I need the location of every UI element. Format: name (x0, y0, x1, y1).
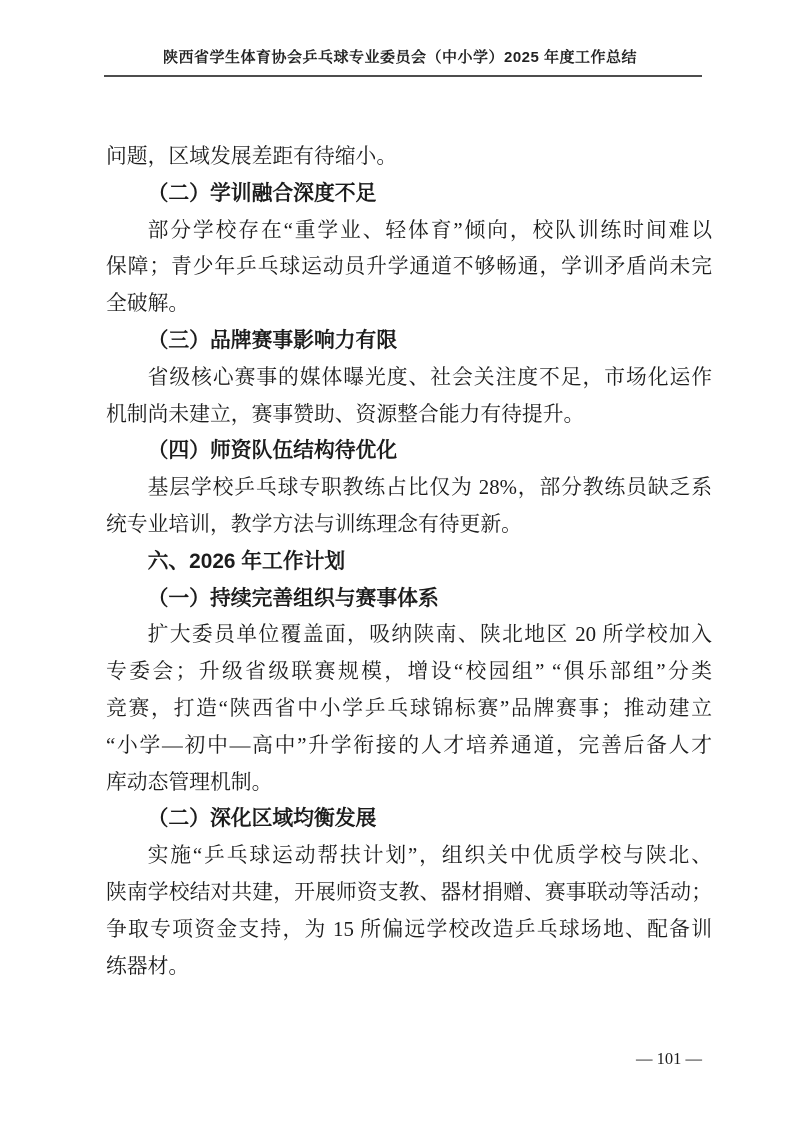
section-heading: （三）品牌赛事影响力有限 (106, 323, 712, 360)
page-footer: — 101 — (0, 1049, 702, 1069)
text-line: “小学—初中—高中”升学衔接的人才培养通道，完善后备人才 (106, 728, 712, 765)
text-line: 专委会；升级省级联赛规模，增设“校园组” “俱乐部组”分类 (106, 654, 712, 691)
text-line: 练器材。 (106, 949, 712, 986)
header-rule (104, 75, 702, 77)
text-line: 统专业培训，教学方法与训练理念有待更新。 (106, 507, 712, 544)
document-page: 陕西省学生体育协会乒乓球专业委员会（中小学）2025 年度工作总结 问题，区域发… (0, 0, 800, 1131)
text-line: 机制尚未建立，赛事赞助、资源整合能力有待提升。 (106, 397, 712, 434)
text-line: 竞赛，打造“陕西省中小学乒乓球锦标赛”品牌赛事；推动建立 (106, 691, 712, 728)
chapter-heading: 六、2026 年工作计划 (106, 544, 712, 581)
page-number: — 101 — (636, 1049, 702, 1068)
section-heading: （二）学训融合深度不足 (106, 176, 712, 213)
text-line: 全破解。 (106, 286, 712, 323)
text-line: 部分学校存在“重学业、轻体育”倾向，校队训练时间难以 (106, 213, 712, 250)
section-heading: （二）深化区域均衡发展 (106, 801, 712, 838)
section-heading: （四）师资队伍结构待优化 (106, 433, 712, 470)
text-line: 扩大委员单位覆盖面，吸纳陕南、陕北地区 20 所学校加入 (106, 617, 712, 654)
text-line: 保障；青少年乒乓球运动员升学通道不够畅通，学训矛盾尚未完 (106, 249, 712, 286)
text-line: 基层学校乒乓球专职教练占比仅为 28%，部分教练员缺乏系 (106, 470, 712, 507)
page-header-title: 陕西省学生体育协会乒乓球专业委员会（中小学）2025 年度工作总结 (0, 46, 800, 67)
text-line: 实施“乒乓球运动帮扶计划”，组织关中优质学校与陕北、 (106, 838, 712, 875)
text-line: 争取专项资金支持，为 15 所偏远学校改造乒乓球场地、配备训 (106, 912, 712, 949)
text-line: 问题，区域发展差距有待缩小。 (106, 139, 712, 176)
text-line: 省级核心赛事的媒体曝光度、社会关注度不足，市场化运作 (106, 360, 712, 397)
section-heading: （一）持续完善组织与赛事体系 (106, 581, 712, 618)
text-line: 库动态管理机制。 (106, 765, 712, 802)
document-body: 问题，区域发展差距有待缩小。（二）学训融合深度不足部分学校存在“重学业、轻体育”… (106, 139, 712, 985)
text-line: 陕南学校结对共建，开展师资支教、器材捐赠、赛事联动等活动； (106, 875, 712, 912)
